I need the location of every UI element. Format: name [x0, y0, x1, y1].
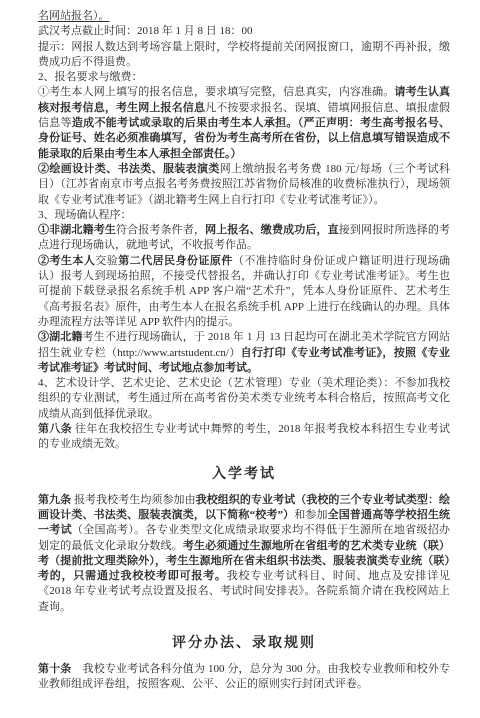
paragraph-article-8: 第八条 往年在我校招生专业考试中舞弊的考生，2018 年报考我校本科招生专业考试…: [38, 422, 450, 453]
document-page: 名网站报名）。武汉考点截止时间：2018 年 1 月 8 日 18：00提示：网…: [0, 0, 480, 718]
text-run: ③湖北籍: [38, 331, 83, 343]
paragraph-2-1: ①考生本人网上填写的报名信息，要求填写完整，信息真实，内容准确。请考生认真核对报…: [38, 85, 450, 161]
text-run: 往年在我校招生专业考试中舞弊的考生，2018 年报考我校本科招生专业考试的专业成…: [38, 423, 450, 450]
text-run: 4、艺术设计学、艺术史论、艺术史论（艺术管理）专业（美术理论类）：不参加我校组织…: [38, 377, 450, 420]
paragraph-section-3-title: 3、现场确认程序：: [38, 208, 450, 223]
text-run: 武汉考点截止时间：2018 年 1 月 8 日 18：00: [38, 25, 253, 37]
text-run: 符合报考条件者，: [116, 224, 205, 236]
paragraph-3-1: ①非湖北籍考生符合报考条件者，网上报名、缴费成功后，直接到网报时所选择的考点进行…: [38, 223, 450, 254]
heading-entrance-exam: 入学考试: [38, 467, 450, 483]
text-run: ①考生本人网上填写的报名信息，要求填写完整，信息真实，内容准确。: [38, 86, 394, 98]
text-run: 第十条: [38, 663, 71, 675]
text-run: 2、报名要求与缴费：: [38, 71, 143, 83]
paragraph-3-2: ②考生本人交验第二代居民身份证原件（不准持临时身份证或户籍证明进行现场确认）报考…: [38, 254, 450, 330]
text-run: 第二代居民身份证原件: [118, 255, 233, 267]
paragraph-3-3: ③湖北籍考生不进行现场确认，于 2018 年 1 月 13 日起均可在湖北美术学…: [38, 330, 450, 376]
paragraph-2-2: ②绘画设计类、书法类、服装表演类网上缴纳报名考务费 180 元/每场（三个考试科…: [38, 162, 450, 208]
text-run: 造成不能考试或录取的后果由考生本人承担。（严正声明：考生高考报名号、身份证号、姓…: [38, 117, 450, 160]
text-run: 报考我校考生均须参加由: [71, 494, 195, 506]
text-run: 网上报名、缴费成功后，直: [205, 224, 339, 236]
paragraph-wuhan-deadline: 武汉考点截止时间：2018 年 1 月 8 日 18：00: [38, 24, 450, 39]
paragraph-article-10: 第十条 我校专业考试各科分值为 100 分，总分为 300 分。由我校专业教师和…: [38, 662, 450, 693]
text-run: 和参加: [294, 509, 327, 521]
text-run: 交验: [95, 255, 118, 267]
paragraph-section-4: 4、艺术设计学、艺术史论、艺术史论（艺术管理）专业（美术理论类）：不参加我校组织…: [38, 376, 450, 422]
text-run: 提示：网报人数达到考场容量上限时，学校将提前关闭网报窗口，逾期不再补报，缴费成功…: [38, 41, 450, 68]
paragraph-registration-site-tail: 名网站报名）。: [38, 9, 450, 24]
text-run: 我校专业考试各科分值为 100 分，总分为 300 分。由我校专业教师和校外专业…: [38, 663, 450, 690]
text-run: ②绘画设计类、书法类、服装表演类: [38, 163, 220, 175]
text-run: ②考生本人: [38, 255, 95, 267]
text-run: 第八条: [38, 423, 72, 435]
paragraph-section-2-title: 2、报名要求与缴费：: [38, 70, 450, 85]
text-run: 第九条: [38, 494, 71, 506]
paragraph-article-9: 第九条 报考我校考生均须参加由我校组织的专业考试（我校的三个专业考试类型：绘画设…: [38, 493, 450, 615]
paragraph-tip: 提示：网报人数达到考场容量上限时，学校将提前关闭网报窗口，逾期不再补报，缴费成功…: [38, 40, 450, 71]
text-run: 入学考试: [212, 467, 276, 482]
text-run: 评分办法、录取规则: [172, 636, 316, 651]
text-run: 3、现场确认程序：: [38, 209, 132, 221]
text-run: ①非湖北籍考生: [38, 224, 116, 236]
heading-scoring-admission-rules: 评分办法、录取规则: [38, 636, 450, 652]
text-run: 名网站报名）。: [38, 10, 110, 22]
